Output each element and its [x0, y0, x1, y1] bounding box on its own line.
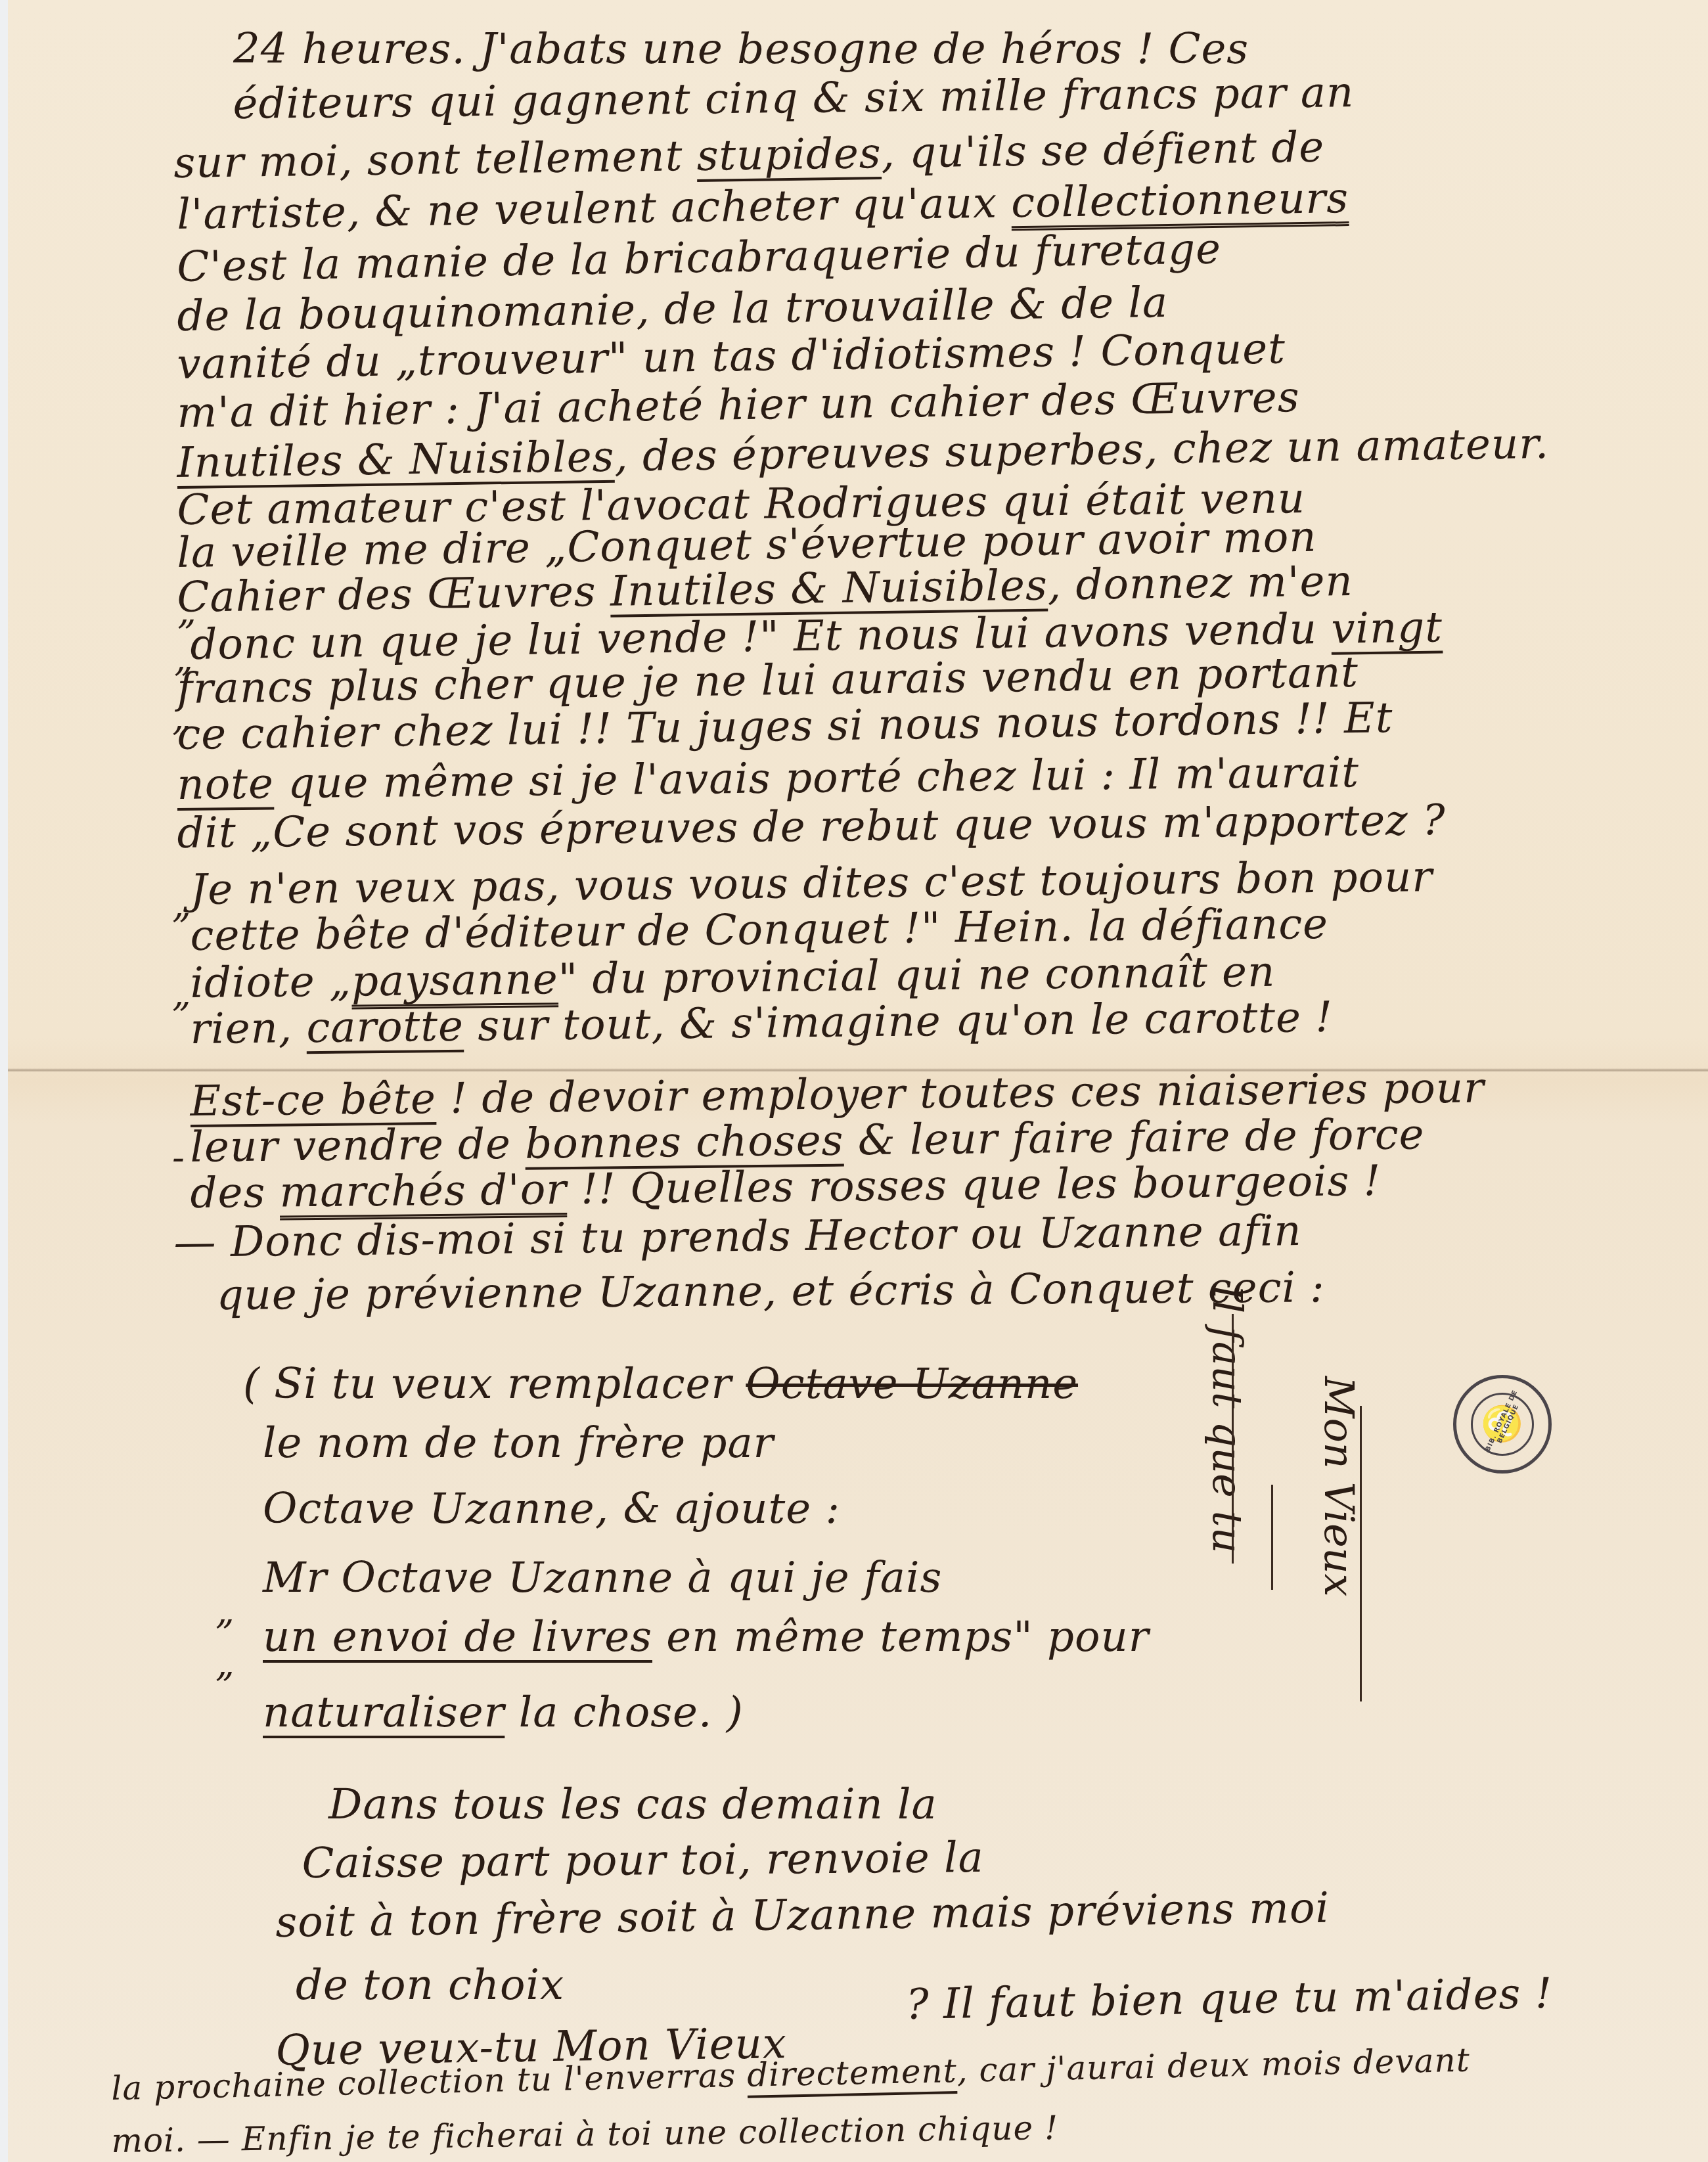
text-span: sur moi, sont tellement	[173, 132, 697, 188]
underlined-title: Inutiles & Nuisibles	[177, 433, 615, 487]
letter-line-1: 24 heures. J'abats une besogne de héros …	[233, 25, 1249, 74]
quoted-line-2: le nom de ton frère par	[263, 1419, 774, 1468]
closing-line-4: de ton choix	[296, 1961, 564, 2010]
double-underlined-word: collectionneurs	[1011, 174, 1349, 227]
text-span: des	[190, 1169, 280, 1218]
margin-quote-mark: „	[174, 637, 193, 680]
marginal-rule	[1232, 1314, 1234, 1564]
underlined-word: naturaliser	[263, 1688, 505, 1737]
closing-line-7: moi. — Enfin je te ficherai à toi une co…	[111, 2109, 1058, 2160]
closing-line-2: Caisse part pour toi, renvoie la	[302, 1834, 984, 1888]
text-span: la prochaine collection tu l'enverras	[111, 2056, 748, 2107]
text-span: , car j'aurai deux mois devant	[956, 2041, 1470, 2090]
text-span: leur vendre de	[190, 1120, 525, 1172]
text-span: sur tout, & s'imagine qu'on le carotte !	[463, 993, 1333, 1051]
quoted-line-6: naturaliser la chose. )	[263, 1688, 744, 1737]
underlined-word: carotte	[306, 1002, 464, 1053]
text-span: la chose. )	[505, 1688, 743, 1737]
vertical-marginal-note-1: Il faut que tu	[1203, 1284, 1251, 1553]
text-span: idiote „	[190, 957, 351, 1008]
marginal-rule	[1360, 1406, 1362, 1701]
margin-dash-mark: -	[172, 1137, 185, 1179]
underlined-word: stupides	[696, 129, 882, 181]
letter-line-26: que je prévienne Uzanne, et écris à Conq…	[216, 1263, 1325, 1320]
text-span: , qu'ils se défient de	[881, 124, 1325, 178]
quoted-line-3: Octave Uzanne, & ajoute :	[263, 1485, 840, 1533]
closing-line-5b: ? Il faut bien que tu m'aides !	[906, 1970, 1553, 2029]
text-span: , donnez m'en	[1047, 557, 1353, 610]
quoted-line-4: Mr Octave Uzanne à qui je fais	[263, 1554, 942, 1602]
text-span: ( Si tu veux remplacer	[243, 1360, 746, 1408]
margin-quote-mark: „	[172, 972, 191, 1015]
margin-quote-mark: „	[177, 590, 196, 633]
marginal-rule	[1271, 1485, 1273, 1590]
library-stamp: ♌ BIB. ROYALE DE BELGIQUE	[1453, 1375, 1552, 1474]
underlined-text: un envoi de livres	[263, 1613, 652, 1661]
letter-page: 24 heures. J'abats une besogne de héros …	[0, 0, 1708, 2162]
text-span: !! Quelles rosses que les bourgeois !	[566, 1157, 1381, 1214]
underlined-word: paysanne	[351, 955, 558, 1006]
struck-through-text: Octave Uzanne	[746, 1360, 1078, 1408]
underlined-title: Inutiles & Nuisibles	[610, 562, 1048, 616]
closing-line-1: Dans tous les cas demain la	[328, 1780, 937, 1829]
text-span: Cahier des Œuvres	[177, 568, 610, 622]
margin-quote-mark: „	[215, 1590, 235, 1633]
underlined-word: bonnes choses	[525, 1117, 844, 1169]
underlined-word: marchés d'or	[279, 1165, 567, 1217]
underlined-word: vingt	[1331, 603, 1443, 653]
letter-line-2: éditeurs qui gagnent cinq & six mille fr…	[233, 68, 1354, 129]
vertical-marginal-note-2: Mon Vieux	[1315, 1376, 1363, 1597]
underlined-word: directement	[747, 2052, 958, 2094]
scan-edge	[0, 0, 8, 2162]
underlined-word: Est-ce bête	[190, 1075, 436, 1126]
text-span: rien,	[190, 1004, 307, 1054]
text-span: en même temps" pour	[652, 1613, 1149, 1661]
quoted-line-1: ( Si tu veux remplacer Octave Uzanne	[243, 1360, 1078, 1408]
closing-line-3: soit à ton frère soit à Uzanne mais prév…	[275, 1884, 1330, 1947]
margin-quote-mark: „	[172, 884, 191, 926]
margin-quote-mark: „	[172, 696, 191, 739]
margin-quote-mark: „	[215, 1642, 235, 1685]
quoted-line-5: un envoi de livres en même temps" pour	[263, 1613, 1149, 1661]
underlined-word: note	[177, 759, 274, 809]
